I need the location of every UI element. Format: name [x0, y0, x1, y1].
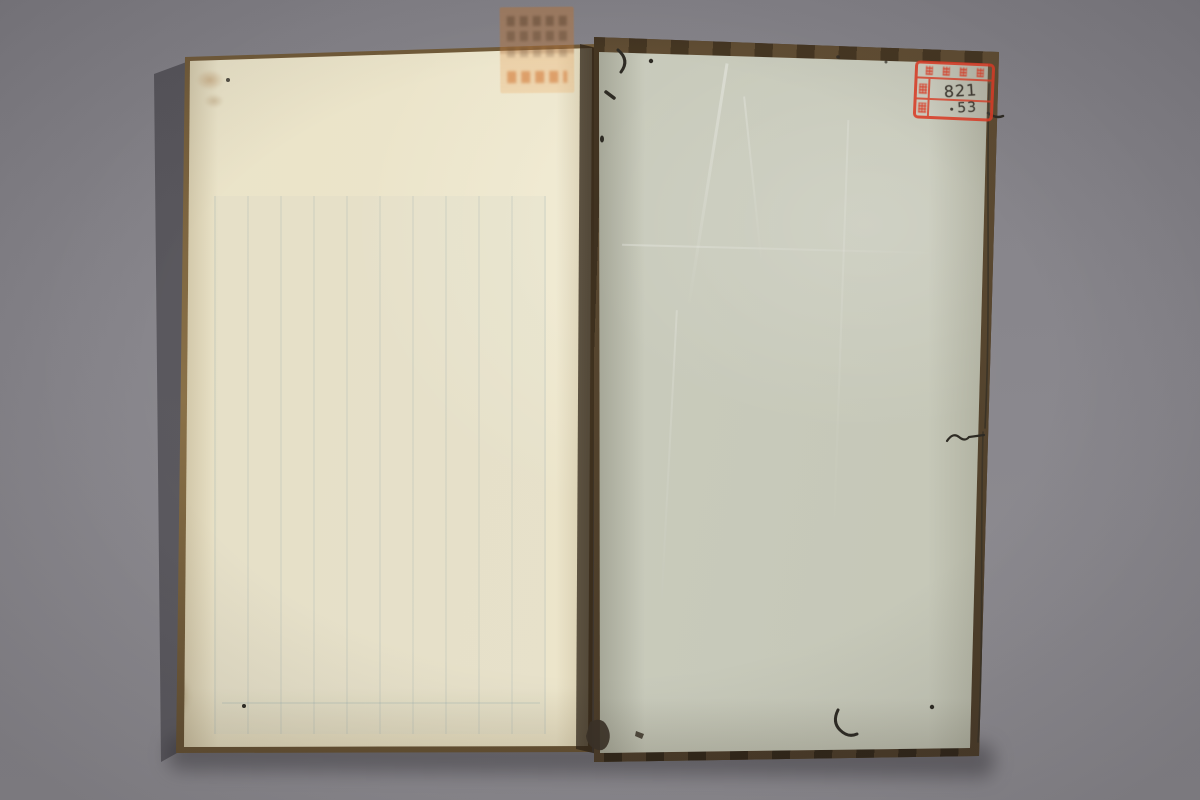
stamp-character-mark	[943, 66, 950, 75]
stamp-number-53-text: 53	[957, 100, 978, 117]
right-page-gutter-shading	[599, 48, 645, 756]
stamp-character-mark	[977, 68, 984, 77]
label-faded-text-row	[507, 31, 567, 42]
label-faded-text-row	[507, 47, 567, 58]
right-page-bottom-shading	[600, 698, 982, 754]
stamp-character-mark	[960, 67, 967, 76]
paper-crease	[833, 120, 850, 540]
stamp-field-label	[917, 78, 931, 98]
label-faded-text-row	[507, 16, 567, 27]
paper-crease	[743, 96, 763, 265]
text-showthrough-frame-line	[222, 702, 540, 704]
photo-backdrop: 821 53	[0, 0, 1200, 800]
paper-crease	[660, 310, 678, 610]
paper-crease	[622, 244, 942, 254]
paper-crease	[686, 63, 728, 310]
stamp-character-mark	[926, 66, 933, 75]
ink-dot	[950, 107, 953, 110]
stamp-character-mark	[918, 83, 926, 93]
stamp-number-53: 53	[933, 100, 995, 117]
stamp-field-label	[916, 99, 930, 116]
paper-label	[500, 7, 575, 94]
paper-stain	[196, 70, 224, 90]
text-showthrough-columns	[214, 196, 546, 734]
stamp-number-821: 821	[930, 81, 992, 101]
paper-stain	[204, 94, 224, 108]
stamp-row-volume: 53	[916, 99, 991, 118]
library-stamp: 821 53	[913, 60, 995, 121]
stamp-character-mark	[918, 102, 926, 112]
label-faded-text-row	[507, 71, 567, 84]
